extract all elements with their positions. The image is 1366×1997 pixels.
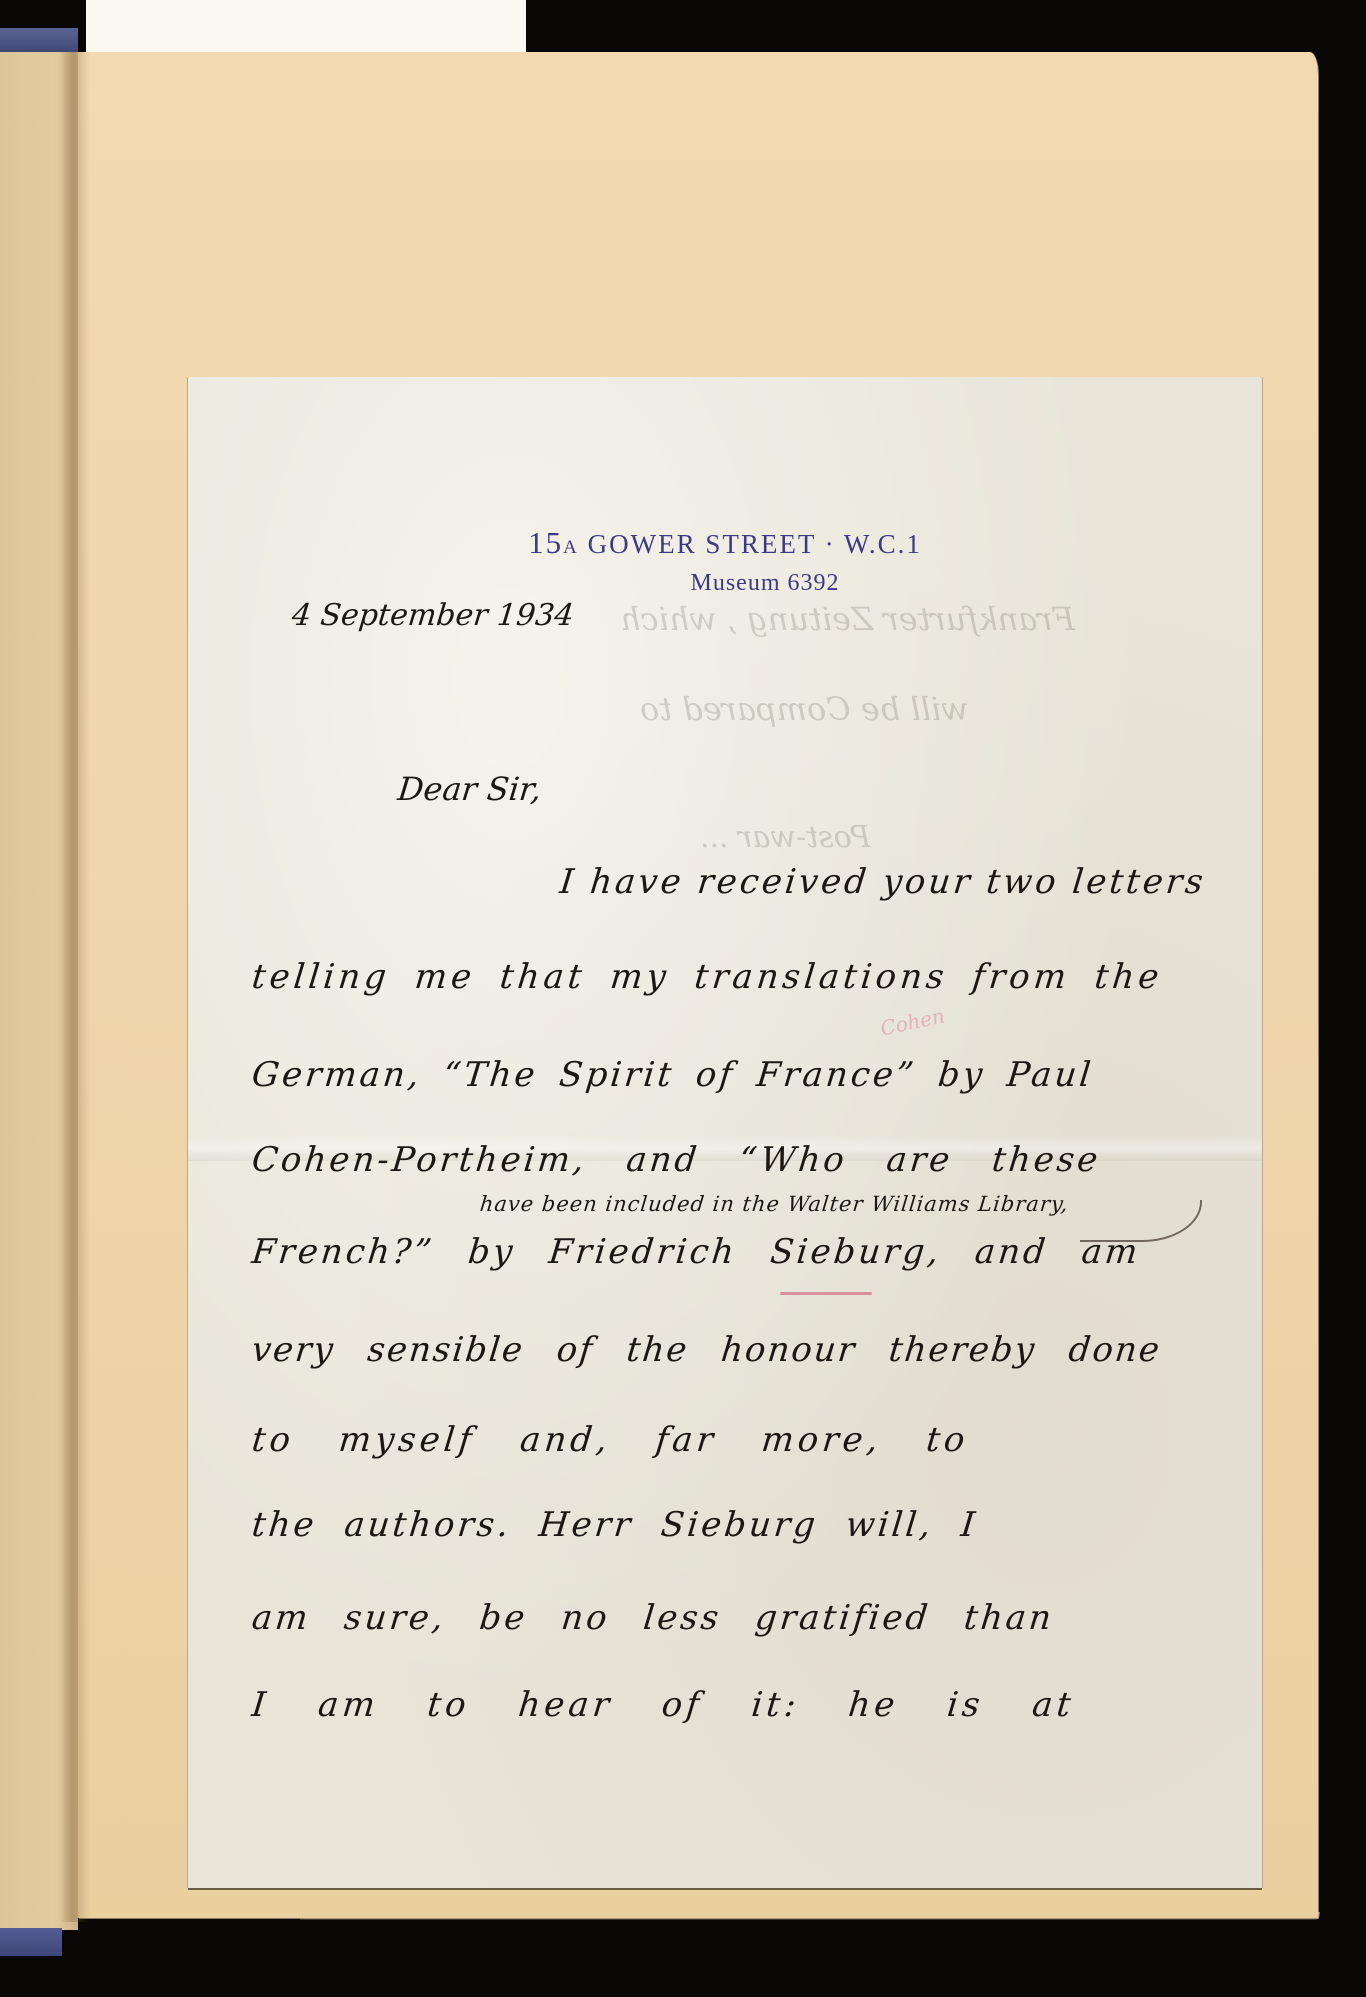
body-line-2: telling me that my translations from the bbox=[250, 957, 1165, 997]
show-through-line: Post-war ... bbox=[700, 820, 871, 855]
body-line-9: am sure, be no less gratified than bbox=[250, 1598, 1056, 1638]
gutter-shadow bbox=[60, 52, 90, 1922]
body-line-10: I am to hear of it: he is at bbox=[250, 1685, 1077, 1725]
salutation: Dear Sir, bbox=[396, 770, 543, 808]
pink-pencil-underline bbox=[780, 1292, 872, 1295]
letterhead-number-suffix: A bbox=[563, 537, 579, 558]
interlinear-insertion: have been included in the Walter William… bbox=[479, 1192, 1070, 1216]
book-cover-cloth-top bbox=[0, 28, 78, 54]
letterhead-street: GOWER STREET · W.C.1 bbox=[588, 529, 922, 559]
letterhead-telephone: Museum 6392 bbox=[188, 570, 1302, 597]
body-line-5: French?” by Friedrich Sieburg, and am bbox=[250, 1232, 1143, 1272]
show-through-line: will be Compared to bbox=[640, 690, 969, 728]
label-slip bbox=[86, 0, 526, 54]
show-through-line: Frankfurter Zeitung , which bbox=[620, 600, 1075, 638]
body-line-6: very sensible of the honour thereby done bbox=[250, 1330, 1163, 1370]
body-line-3: German, “The Spirit of France” by Paul bbox=[250, 1055, 1096, 1095]
letter-date: 4 September 1934 bbox=[290, 598, 575, 633]
book-cover-cloth-bottom bbox=[0, 1928, 62, 1956]
body-line-7: to myself and, far more, to bbox=[250, 1420, 971, 1460]
body-line-4: Cohen-Portheim, and “Who are these bbox=[250, 1140, 1103, 1180]
letterhead-number: 15 bbox=[528, 525, 563, 560]
body-line-1: I have received your two letters bbox=[558, 862, 1208, 902]
letterhead-address: 15A GOWER STREET · W.C.1 bbox=[188, 525, 1262, 561]
body-line-8: the authors. Herr Sieburg will, I bbox=[250, 1505, 980, 1545]
